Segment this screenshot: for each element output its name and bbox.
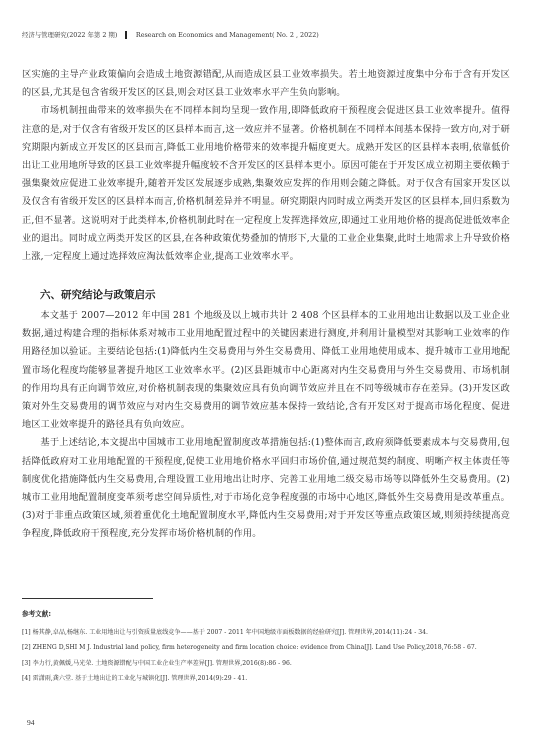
body-text: 区实施的主导产业政策偏向会造成土地资源错配,从而造成区县工业效率损失。若土地资源… [22,66,510,266]
section-heading: 六、研究结论与政策启示 [40,287,156,302]
references-list: [1] 杨其静,卓品,杨继东. 工业用地出让与引资质量底线竞争——基于 2007… [22,625,514,687]
journal-title-cn: 经济与管理研究(2022 年第 2 期) [22,30,117,39]
header-separator [125,31,127,39]
paragraph-policy: 基于上述结论,本文提出中国城市工业用地配置制度改革措施包括:(1)整体而言,政府… [22,434,510,543]
conclusions-section: 本文基于 2007—2012 年中国 281 个地级及以上城市共计 2 408 … [22,307,510,544]
references-heading: 参考文献: [22,608,51,618]
journal-title-en: Research on Economics and Management( No… [136,31,319,39]
page-number: 94 [27,718,35,727]
paragraph: 市场机制扭曲带来的效率损失在不同样本间均呈现一致作用,即降低政府干预程度会促进区… [22,102,510,266]
reference-item: [2] ZHENG D,SHI M J. Industrial land pol… [22,640,514,655]
reference-item: [3] 李力行,黄佩媛,马光荣. 土地资源错配与中国工业企业生产率差异[J]. … [22,656,514,671]
references-divider [22,598,153,599]
running-header: 经济与管理研究(2022 年第 2 期) Research on Economi… [22,30,319,39]
reference-item: [1] 杨其静,卓品,杨继东. 工业用地出让与引资质量底线竞争——基于 2007… [22,625,514,640]
paragraph-conclusions: 本文基于 2007—2012 年中国 281 个地级及以上城市共计 2 408 … [22,307,510,434]
paragraph-continued: 区实施的主导产业政策偏向会造成土地资源错配,从而造成区县工业效率损失。若土地资源… [22,66,510,102]
reference-item: [4] 雷潇雨,龚六堂. 基于土地出让的工业化与城镇化[J]. 管理世界,201… [22,671,514,686]
